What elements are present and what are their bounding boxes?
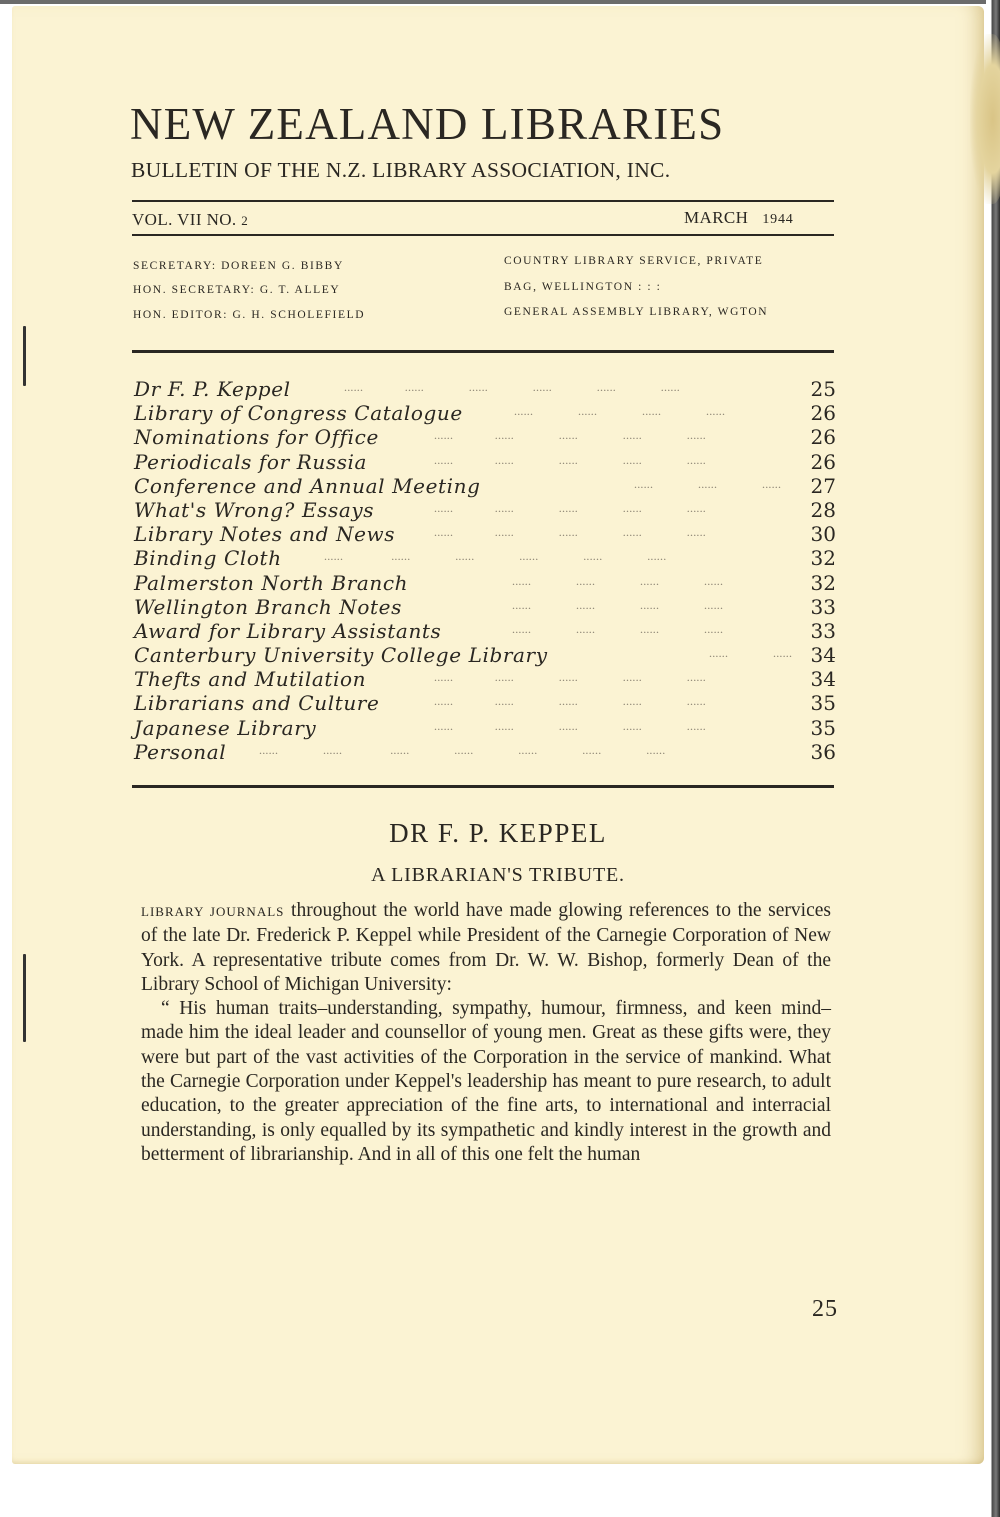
document-page: NEW ZEALAND LIBRARIES BULLETIN OF THE N.… (12, 6, 984, 1464)
toc-title: Wellington Branch Notes (134, 595, 402, 619)
toc-page-number: 26 (811, 450, 836, 474)
toc-title: Canterbury University College Library (134, 643, 548, 667)
toc-title: Nominations for Office (134, 425, 379, 449)
dot-leader: ...... ...... ...... ...... ...... (434, 689, 706, 713)
toc-page-number: 25 (811, 377, 836, 401)
scan-right-edge (986, 0, 1000, 1517)
toc-entry[interactable]: Dr F. P. Keppel...... ...... ...... ....… (134, 377, 838, 401)
article-paragraph: “ His human traits–understanding, sympat… (141, 997, 831, 1167)
toc-page-number: 32 (811, 546, 836, 570)
contents-rule-top (132, 350, 834, 353)
toc-entry[interactable]: Award for Library Assistants...... .....… (134, 619, 838, 643)
address-line-2: BAG, WELLINGTON : : : (504, 281, 661, 293)
issue-month: MARCH (684, 208, 748, 227)
dot-leader: ...... ...... ...... ...... (512, 569, 723, 593)
dot-leader: ...... ...... ...... ...... ...... .....… (324, 544, 666, 568)
article-paragraph: LIBRARY JOURNALS throughout the world ha… (141, 899, 831, 997)
issue-year: 1944 (762, 212, 793, 227)
toc-title: Librarians and Culture (134, 691, 379, 715)
toc-title: Library Notes and News (134, 522, 395, 546)
volume-number: 2 (241, 213, 248, 228)
toc-page-number: 26 (811, 401, 836, 425)
dot-leader: ...... ...... ...... ...... ...... .....… (259, 738, 665, 762)
toc-title: Palmerston North Branch (134, 571, 408, 595)
toc-entry[interactable]: Personal...... ...... ...... ...... ....… (134, 740, 838, 764)
dot-leader: ...... ...... ...... ...... ...... (434, 714, 706, 738)
toc-entry[interactable]: Conference and Annual Meeting...... ....… (134, 474, 838, 498)
toc-page-number: 34 (811, 643, 836, 667)
toc-entry[interactable]: Library Notes and News...... ...... ....… (134, 522, 838, 546)
volume-issue: VOL. VII NO. 2 (132, 210, 248, 230)
dot-leader: ...... ...... ...... ...... ...... (434, 448, 706, 472)
officer-secretary: SECRETARY: DOREEN G. BIBBY (133, 260, 344, 272)
spine-mark (23, 954, 26, 1042)
toc-entry[interactable]: What's Wrong? Essays...... ...... ......… (134, 498, 838, 522)
toc-page-number: 33 (811, 619, 836, 643)
toc-entry[interactable]: Periodicals for Russia...... ...... ....… (134, 450, 838, 474)
toc-title: Personal (134, 740, 226, 764)
dot-leader: ...... ...... (709, 641, 792, 665)
dot-leader: ...... ...... ...... (634, 472, 781, 496)
toc-page-number: 26 (811, 425, 836, 449)
toc-page-number: 35 (811, 716, 836, 740)
toc-entry[interactable]: Japanese Library...... ...... ...... ...… (134, 716, 838, 740)
volume-prefix: VOL. VII NO. (132, 210, 237, 229)
toc-page-number: 30 (811, 522, 836, 546)
toc-page-number: 36 (811, 740, 836, 764)
lead-in-smallcaps: LIBRARY JOURNALS (141, 904, 284, 919)
dot-leader: ...... ...... ...... ...... (512, 617, 723, 641)
toc-title: Dr F. P. Keppel (134, 377, 291, 401)
toc-title: Periodicals for Russia (134, 450, 367, 474)
table-of-contents: Dr F. P. Keppel...... ...... ...... ....… (134, 377, 838, 764)
toc-title: What's Wrong? Essays (134, 498, 374, 522)
address-line-1: COUNTRY LIBRARY SERVICE, PRIVATE (504, 255, 763, 267)
toc-entry[interactable]: Librarians and Culture...... ...... ....… (134, 691, 838, 715)
article-heading: DR F. P. KEPPEL (12, 818, 984, 849)
dot-leader: ...... ...... ...... ...... ...... .....… (344, 375, 680, 399)
contents-rule-bottom (132, 785, 834, 788)
dot-leader: ...... ...... ...... ...... ...... (434, 496, 706, 520)
dot-leader: ...... ...... ...... ...... (514, 399, 725, 423)
publication-subtitle: BULLETIN OF THE N.Z. LIBRARY ASSOCIATION… (131, 158, 670, 183)
toc-page-number: 27 (811, 474, 836, 498)
toc-title: Binding Cloth (134, 546, 282, 570)
article-subheading: A LIBRARIAN'S TRIBUTE. (12, 864, 984, 887)
toc-entry[interactable]: Palmerston North Branch...... ...... ...… (134, 571, 838, 595)
dot-leader: ...... ...... ...... ...... ...... (434, 665, 706, 689)
toc-title: Conference and Annual Meeting (134, 474, 481, 498)
officer-hon-secretary: HON. SECRETARY: G. T. ALLEY (133, 284, 340, 296)
toc-title: Library of Congress Catalogue (134, 401, 463, 425)
dot-leader: ...... ...... ...... ...... (512, 593, 723, 617)
toc-title: Japanese Library (134, 716, 316, 740)
page-number: 25 (812, 1296, 838, 1323)
toc-entry[interactable]: Thefts and Mutilation...... ...... .....… (134, 667, 838, 691)
toc-entry[interactable]: Wellington Branch Notes...... ...... ...… (134, 595, 838, 619)
toc-page-number: 35 (811, 691, 836, 715)
toc-page-number: 34 (811, 667, 836, 691)
issue-date: MARCH1944 (684, 208, 794, 228)
spine-mark (23, 326, 26, 386)
masthead-rule-top (132, 200, 834, 202)
toc-entry[interactable]: Canterbury University College Library...… (134, 643, 838, 667)
toc-page-number: 32 (811, 571, 836, 595)
paper-stain (970, 34, 1000, 204)
masthead-rule-bottom (132, 234, 834, 236)
address-line-3: GENERAL ASSEMBLY LIBRARY, WGTON (504, 306, 768, 318)
toc-page-number: 28 (811, 498, 836, 522)
toc-title: Thefts and Mutilation (134, 667, 366, 691)
toc-entry[interactable]: Library of Congress Catalogue...... ....… (134, 401, 838, 425)
toc-title: Award for Library Assistants (134, 619, 441, 643)
officer-hon-editor: HON. EDITOR: G. H. SCHOLEFIELD (133, 309, 365, 321)
article-body: LIBRARY JOURNALS throughout the world ha… (141, 899, 831, 1167)
toc-page-number: 33 (811, 595, 836, 619)
scan-top-edge (0, 0, 1000, 4)
toc-entry[interactable]: Nominations for Office...... ...... ....… (134, 425, 838, 449)
dot-leader: ...... ...... ...... ...... ...... (434, 423, 706, 447)
toc-entry[interactable]: Binding Cloth...... ...... ...... ......… (134, 546, 838, 570)
publication-title: NEW ZEALAND LIBRARIES (130, 98, 724, 150)
dot-leader: ...... ...... ...... ...... ...... (434, 520, 706, 544)
